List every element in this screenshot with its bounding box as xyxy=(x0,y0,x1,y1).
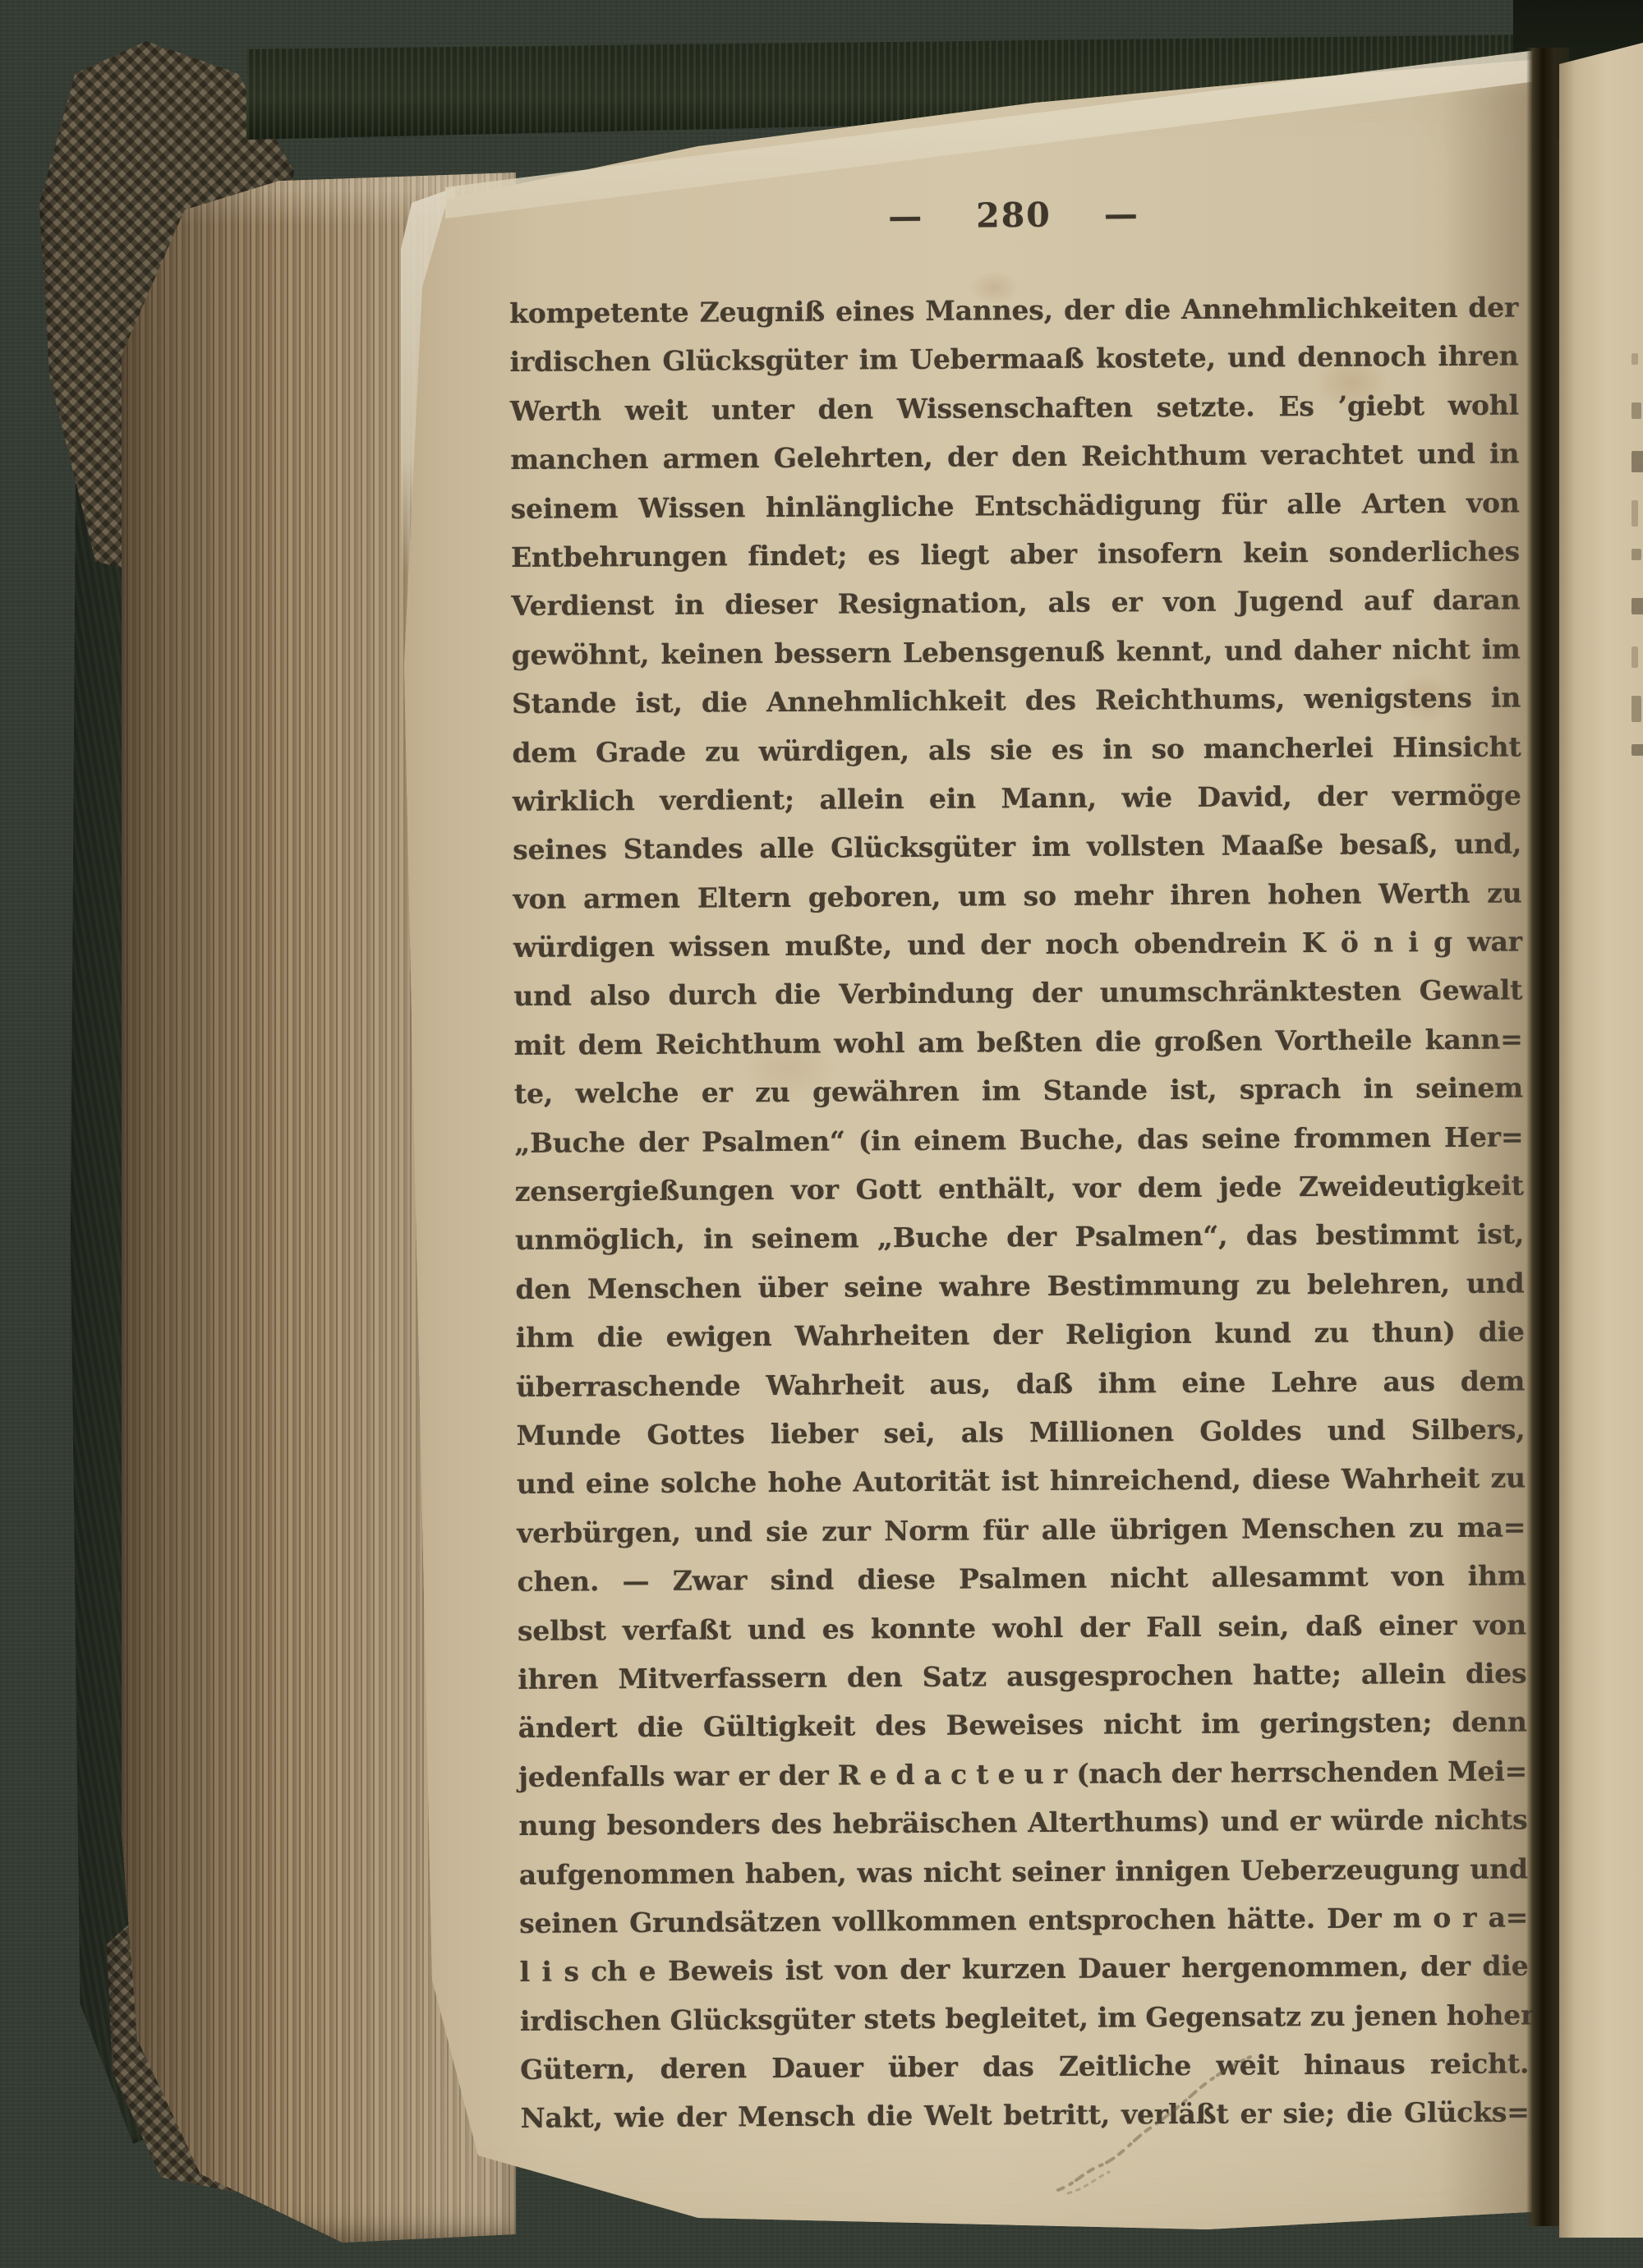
text-line: kompetente Zeugniß eines Mannes, der die… xyxy=(509,283,1518,338)
text-line: Werth weit unter den Wissenschaften setz… xyxy=(510,380,1519,435)
header-dash-right: — xyxy=(1104,194,1140,233)
text-line: und also durch die Verbindung der unumsc… xyxy=(513,966,1522,1021)
facing-page-glyph-fragment xyxy=(1631,451,1643,472)
text-line: den Menschen über seine wahre Bestimmung… xyxy=(515,1258,1524,1313)
text-line: chen. — Zwar sind diese Psalmen nicht al… xyxy=(517,1552,1526,1607)
text-line: Entbehrungen findet; es liegt aber insof… xyxy=(511,527,1520,582)
facing-page-sliver xyxy=(1559,43,1643,2238)
text-line: und eine solche hohe Autorität ist hinre… xyxy=(517,1454,1526,1509)
facing-page-glyph-fragment xyxy=(1631,500,1638,527)
text-line: unmöglich, in seinem „Buche der Psalmen“… xyxy=(515,1210,1524,1265)
text-line: mit dem Reichthum wohl am beßten die gro… xyxy=(513,1014,1522,1070)
facing-page-glyph-fragment xyxy=(1631,403,1641,419)
text-line: l i s ch e Beweis ist von der kurzen Dau… xyxy=(519,1942,1528,1997)
facing-page-glyph-fragment xyxy=(1631,696,1641,722)
text-line: zensergießungen vor Gott enthält, vor de… xyxy=(515,1162,1524,1217)
text-line: ändert die Gültigkeit des Beweises nicht… xyxy=(518,1698,1527,1753)
facing-page-glyph-fragment xyxy=(1631,646,1638,668)
text-line: Stande ist, die Annehmlichkeit des Reich… xyxy=(512,674,1521,729)
text-line: Verdienst in dieser Resignation, als er … xyxy=(511,576,1520,631)
facing-page-glyph-fragment xyxy=(1631,549,1641,560)
text-line: selbst verfaßt und es konnte wohl der Fa… xyxy=(518,1600,1526,1655)
text-line: von armen Eltern geboren, um so mehr ihr… xyxy=(513,868,1521,923)
page-number: 280 xyxy=(976,196,1052,236)
text-line: Munde Gottes lieber sei, als Millionen G… xyxy=(516,1405,1525,1460)
text-line: seines Standes alle Glücksgüter im volls… xyxy=(513,820,1521,875)
text-line: irdischen Glücksgüter im Uebermaaß koste… xyxy=(509,332,1518,387)
facing-page-glyph-fragment xyxy=(1631,598,1643,614)
text-line: te, welche er zu gewähren im Stande ist,… xyxy=(514,1064,1523,1119)
text-line: Gütern, deren Dauer über das Zeitliche w… xyxy=(520,2040,1529,2095)
facing-page-glyph-fragment xyxy=(1631,744,1643,756)
text-line: manchen armen Gelehrten, der den Reichth… xyxy=(510,430,1519,485)
text-line: seinem Wissen hinlängliche Entschädigung… xyxy=(510,478,1519,533)
text-line: gewöhnt, keinen bessern Lebensgenuß kenn… xyxy=(512,624,1521,679)
text-line: ihren Mitverfassern den Satz ausgesproch… xyxy=(518,1649,1526,1704)
text-line: jedenfalls war er der R e d a c t e u r … xyxy=(518,1746,1527,1801)
text-line: wirklich verdient; allein ein Mann, wie … xyxy=(513,771,1521,826)
text-line: verbürgen, und sie zur Norm für alle übr… xyxy=(517,1502,1526,1557)
text-line: irdischen Glücksgüter stets begleitet, i… xyxy=(520,1990,1529,2045)
header-dash-left: — xyxy=(888,196,924,236)
text-line: würdigen wissen mußte, und der noch oben… xyxy=(513,918,1522,973)
text-line: aufgenommen haben, was nicht seiner inni… xyxy=(519,1844,1528,1899)
body-text-block: kompetente Zeugniß eines Mannes, der die… xyxy=(509,283,1530,2142)
facing-page-glyph-fragment xyxy=(1631,353,1638,365)
text-line: seinen Grundsätzen vollkommen entsproche… xyxy=(519,1893,1528,1948)
text-line: „Buche der Psalmen“ (in einem Buche, das… xyxy=(514,1112,1523,1167)
text-line: dem Grade zu würdigen, als sie es in so … xyxy=(512,722,1521,777)
text-line: nung besonders des hebräischen Alterthum… xyxy=(518,1796,1527,1851)
text-line: Nakt, wie der Mensch die Welt betritt, v… xyxy=(520,2088,1529,2143)
text-line: ihm die ewigen Wahrheiten der Religion k… xyxy=(516,1308,1525,1363)
text-line: überraschende Wahrheit aus, daß ihm eine… xyxy=(516,1356,1525,1411)
book-photo-scene: —280— kompetente Zeugniß eines Mannes, d… xyxy=(0,0,1643,2268)
